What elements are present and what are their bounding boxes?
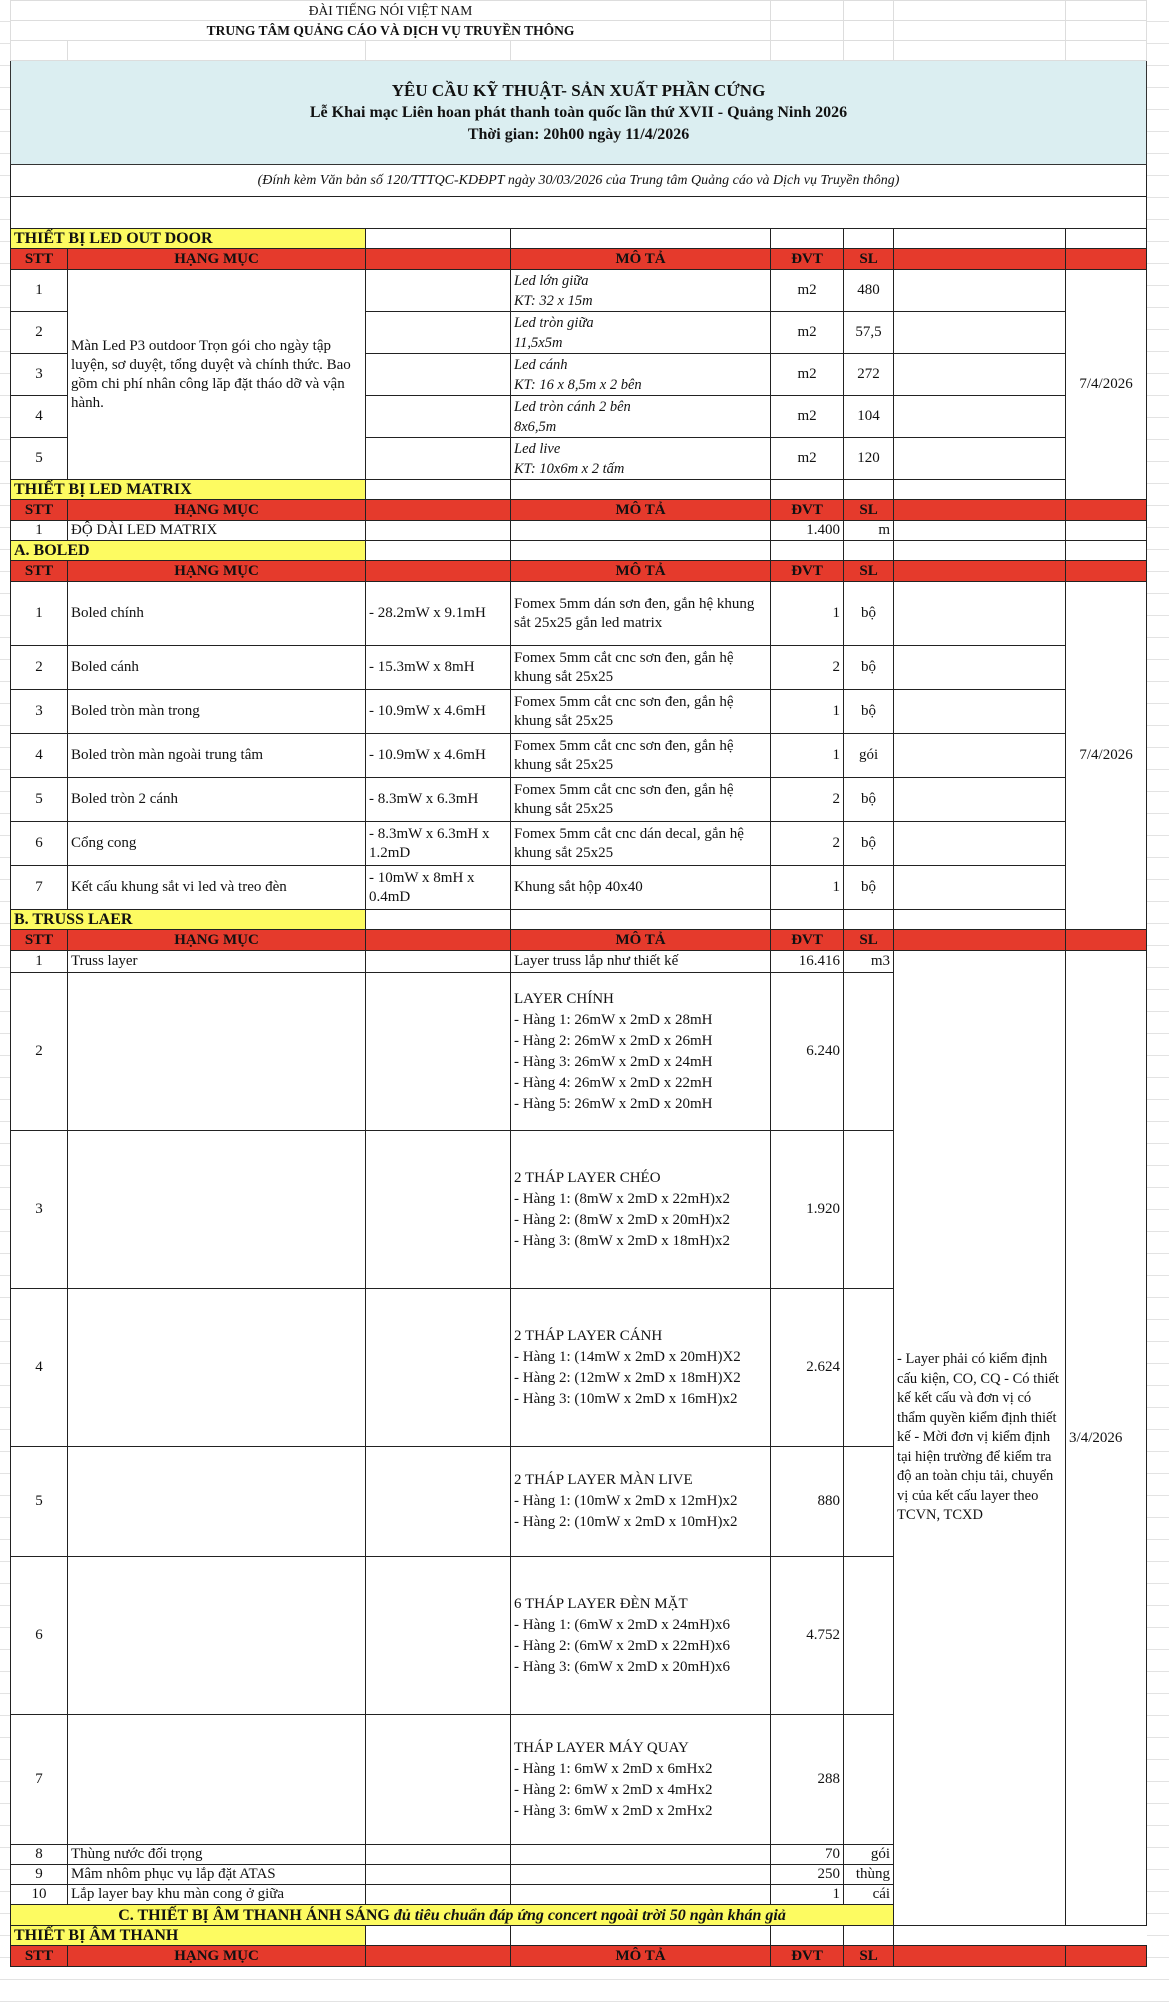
attachment-row: (Đính kèm Văn bản số 120/TTTQC-KDĐPT ngà… [11,165,1147,197]
empty-cell[interactable] [366,41,511,61]
column-header-row: STTHẠNG MỤCMÔ TẢĐVTSL [11,500,1147,521]
empty-cell[interactable] [366,521,511,541]
unit-cell[interactable]: 1.920 [771,1131,844,1289]
empty-cell[interactable] [771,910,844,930]
header-qty[interactable]: SL [844,561,894,582]
unit-cell[interactable]: m2 [771,312,844,354]
desc-cell[interactable]: Layer truss lắp như thiết kế [511,951,771,973]
section-title[interactable]: THIẾT BỊ LED OUT DOOR [11,229,366,249]
header-qty[interactable]: SL [844,1946,894,1967]
qty-cell[interactable]: 480 [844,270,894,312]
section-truss: B. TRUSS LAER [11,910,1147,930]
title-block[interactable]: YÊU CẦU KỸ THUẬT- SẢN XUẤT PHẦN CỨNGLễ K… [11,61,1147,165]
empty-cell[interactable] [894,646,1066,690]
table-row: 3Boled tròn màn trong- 10.9mW x 4.6mHFom… [11,690,1147,734]
empty-cell[interactable] [894,1,1066,21]
org-row-1: ĐÀI TIẾNG NÓI VIỆT NAM [11,1,1147,21]
unit-cell[interactable]: 4.752 [771,1557,844,1715]
unit-cell[interactable]: 288 [771,1715,844,1845]
unit-cell[interactable]: 6.240 [771,973,844,1131]
item-cell[interactable]: Truss layer [68,951,366,973]
date-cell[interactable]: 7/4/2026 [1066,270,1147,500]
header-item[interactable]: HẠNG MỤC [68,561,366,582]
stt-cell[interactable]: 2 [11,973,68,1131]
desc-cell[interactable] [511,1845,771,1865]
desc-cell[interactable]: Khung sắt hộp 40x40 [511,866,771,910]
org-row-2: TRUNG TÂM QUẢNG CÁO VÀ DỊCH VỤ TRUYỀN TH… [11,21,1147,41]
desc-cell[interactable]: LAYER CHÍNH - Hàng 1: 26mW x 2mD x 28mH … [511,973,771,1131]
empty-cell[interactable] [771,229,844,249]
empty-cell[interactable] [11,197,1147,229]
table-row: 1Boled chính- 28.2mW x 9.1mHFomex 5mm dá… [11,582,1147,646]
size-cell[interactable]: - 8.3mW x 6.3mH [366,778,511,822]
empty-cell[interactable] [844,1,894,21]
empty-cell[interactable] [844,1926,894,1946]
empty-cell[interactable] [1066,541,1147,561]
unit-cell[interactable]: m2 [771,396,844,438]
item-cell[interactable]: Boled cánh [68,646,366,690]
header-stt[interactable]: STT [11,930,68,951]
stt-cell[interactable]: 8 [11,1845,68,1865]
stt-cell[interactable]: 1 [11,582,68,646]
qty-cell[interactable]: thùng [844,1865,894,1885]
empty-cell[interactable] [894,822,1066,866]
desc-cell[interactable]: Fomex 5mm cắt cnc sơn đen, gắn hệ khung … [511,690,771,734]
table-row: 7Kết cấu khung sắt vi led và treo đèn- 1… [11,866,1147,910]
stt-cell[interactable]: 7 [11,1715,68,1845]
header-blank[interactable] [1066,561,1147,582]
empty-cell[interactable] [844,480,894,500]
column-header-row: STTHẠNG MỤCMÔ TẢĐVTSL [11,561,1147,582]
spacer-row [11,41,1147,61]
stt-cell[interactable]: 5 [11,778,68,822]
event-title: Lễ Khai mạc Liên hoan phát thanh toàn qu… [14,102,1143,124]
empty-cell[interactable] [894,396,1066,438]
desc-cell[interactable]: Fomex 5mm cắt cnc sơn đen, gắn hệ khung … [511,778,771,822]
empty-cell[interactable] [366,270,511,312]
qty-cell[interactable]: bộ [844,646,894,690]
stt-cell[interactable]: 1 [11,270,68,312]
stt-cell[interactable]: 3 [11,690,68,734]
empty-cell[interactable] [366,1926,511,1946]
unit-cell[interactable]: 250 [771,1865,844,1885]
empty-cell[interactable] [511,41,771,61]
event-time: Thời gian: 20h00 ngày 11/4/2026 [14,124,1143,146]
section-led-matrix: THIẾT BỊ LED MATRIX [11,480,1147,500]
unit-cell[interactable]: 2 [771,778,844,822]
header-blank[interactable] [894,249,1066,270]
empty-cell[interactable] [366,910,511,930]
empty-cell[interactable] [366,1289,511,1447]
header-blank[interactable] [366,1946,511,1967]
column-header-row: STTHẠNG MỤCMÔ TẢĐVTSL [11,930,1147,951]
empty-cell[interactable] [511,229,771,249]
empty-cell[interactable] [771,1926,844,1946]
empty-cell[interactable] [894,41,1066,61]
header-unit[interactable]: ĐVT [771,561,844,582]
item-cell[interactable] [68,1131,366,1289]
stt-cell[interactable]: 5 [11,438,68,480]
unit-cell[interactable]: 2.624 [771,1289,844,1447]
table-row: 1Truss layerLayer truss lắp như thiết kế… [11,951,1147,973]
section-title[interactable]: C. THIẾT BỊ ÂM THANH ÁNH SÁNG đủ tiêu ch… [11,1905,894,1926]
empty-cell[interactable] [844,229,894,249]
table-row: 1ĐỘ DÀI LED MATRIX1.400m [11,521,1147,541]
item-cell[interactable] [68,1447,366,1557]
item-cell[interactable]: Màn Led P3 outdoor Trọn gói cho ngày tập… [68,270,366,480]
qty-cell[interactable]: gói [844,1845,894,1865]
unit-cell[interactable]: 16.416 [771,951,844,973]
desc-cell[interactable]: THÁP LAYER MÁY QUAY - Hàng 1: 6mW x 2mD … [511,1715,771,1845]
empty-cell[interactable] [366,541,511,561]
requirements-note[interactable]: - Layer phải có kiểm định cấu kiện, CO, … [894,951,1066,1926]
desc-cell[interactable]: 2 THÁP LAYER CHÉO - Hàng 1: (8mW x 2mD x… [511,1131,771,1289]
empty-cell[interactable] [894,312,1066,354]
spacer-row [11,197,1147,229]
qty-cell[interactable]: bộ [844,866,894,910]
date-cell[interactable]: 3/4/2026 [1066,951,1147,1926]
empty-cell[interactable] [894,582,1066,646]
item-cell[interactable]: Cổng cong [68,822,366,866]
table-row: 6Cổng cong- 8.3mW x 6.3mH x 1.2mDFomex 5… [11,822,1147,866]
empty-cell[interactable] [894,541,1066,561]
empty-cell[interactable] [894,778,1066,822]
stt-cell[interactable]: 7 [11,866,68,910]
empty-cell[interactable] [894,866,1066,910]
qty-cell[interactable]: cái [844,1885,894,1905]
item-cell[interactable]: Thùng nước đối trọng [68,1845,366,1865]
header-blank[interactable] [1066,1946,1147,1967]
header-unit[interactable]: ĐVT [771,500,844,521]
header-blank[interactable] [366,249,511,270]
desc-cell[interactable]: 2 THÁP LAYER CÁNH - Hàng 1: (14mW x 2mD … [511,1289,771,1447]
unit-cell[interactable]: 2 [771,646,844,690]
date-cell[interactable]: 7/4/2026 [1066,582,1147,930]
header-stt[interactable]: STT [11,500,68,521]
header-stt[interactable]: STT [11,1946,68,1967]
header-item[interactable]: HẠNG MỤC [68,500,366,521]
empty-cell[interactable] [844,41,894,61]
unit-cell[interactable]: 1 [771,734,844,778]
desc-cell[interactable]: Led live KT: 10x6m x 2 tấm [511,438,771,480]
qty-cell[interactable] [844,1131,894,1289]
empty-cell[interactable] [771,1,844,21]
header-desc[interactable]: MÔ TẢ [511,930,771,951]
desc-cell[interactable]: 6 THÁP LAYER ĐÈN MẶT - Hàng 1: (6mW x 2m… [511,1557,771,1715]
header-item[interactable]: HẠNG MỤC [68,930,366,951]
section-title[interactable]: B. TRUSS LAER [11,910,366,930]
unit-cell[interactable]: 1 [771,582,844,646]
section-title[interactable]: A. BOLED [11,541,366,561]
section-title[interactable]: THIẾT BỊ ÂM THANH [11,1926,366,1946]
empty-cell[interactable] [894,21,1066,41]
attachment-note[interactable]: (Đính kèm Văn bản số 120/TTTQC-KDĐPT ngà… [11,165,1147,197]
empty-cell[interactable] [771,480,844,500]
stt-cell[interactable]: 6 [11,1557,68,1715]
requirements-table: ĐÀI TIẾNG NÓI VIỆT NAMTRUNG TÂM QUẢNG CÁ… [10,0,1147,1967]
stt-cell[interactable]: 3 [11,354,68,396]
empty-cell[interactable] [366,1885,511,1905]
unit-cell[interactable]: m2 [771,354,844,396]
unit-cell[interactable]: 1 [771,866,844,910]
header-blank[interactable] [1066,500,1147,521]
empty-cell[interactable] [771,41,844,61]
desc-cell[interactable] [511,1885,771,1905]
qty-cell[interactable]: 120 [844,438,894,480]
header-stt[interactable]: STT [11,249,68,270]
table-row: 1Màn Led P3 outdoor Trọn gói cho ngày tậ… [11,270,1147,312]
header-blank[interactable] [1066,249,1147,270]
empty-cell[interactable] [366,229,511,249]
stt-cell[interactable]: 4 [11,396,68,438]
qty-cell[interactable]: m3 [844,951,894,973]
qty-cell[interactable]: m [844,521,894,541]
empty-cell[interactable] [1066,21,1147,41]
empty-cell[interactable] [844,910,894,930]
item-cell[interactable]: Lắp layer bay khu màn cong ở giữa [68,1885,366,1905]
size-cell[interactable]: - 28.2mW x 9.1mH [366,582,511,646]
header-desc[interactable]: MÔ TẢ [511,561,771,582]
doc-title: YÊU CẦU KỸ THUẬT- SẢN XUẤT PHẦN CỨNG [14,80,1143,102]
header-item[interactable]: HẠNG MỤC [68,249,366,270]
empty-cell[interactable] [511,480,771,500]
empty-cell[interactable] [844,21,894,41]
empty-cell[interactable] [68,41,366,61]
empty-cell[interactable] [366,354,511,396]
stt-cell[interactable]: 2 [11,646,68,690]
qty-cell[interactable]: bộ [844,582,894,646]
empty-cell[interactable] [11,41,68,61]
empty-cell[interactable] [1066,1,1147,21]
unit-cell[interactable]: 1 [771,690,844,734]
stt-cell[interactable]: 4 [11,734,68,778]
header-qty[interactable]: SL [844,500,894,521]
empty-cell[interactable] [366,1865,511,1885]
item-cell[interactable] [68,1715,366,1845]
item-cell[interactable]: ĐỘ DÀI LED MATRIX [68,521,366,541]
desc-cell[interactable]: 2 THÁP LAYER MÀN LIVE - Hàng 1: (10mW x … [511,1447,771,1557]
size-cell[interactable]: - 15.3mW x 8mH [366,646,511,690]
header-blank[interactable] [366,561,511,582]
header-blank[interactable] [894,930,1066,951]
size-cell[interactable]: - 8.3mW x 6.3mH x 1.2mD [366,822,511,866]
size-cell[interactable]: - 10mW x 8mH x 0.4mD [366,866,511,910]
section-av-subtitle: đủ tiêu chuẩn đáp ứng concert ngoài trời… [390,1907,786,1924]
empty-cell[interactable] [894,480,1066,500]
empty-cell[interactable] [894,270,1066,312]
title-row: YÊU CẦU KỸ THUẬT- SẢN XUẤT PHẦN CỨNGLễ K… [11,61,1147,165]
empty-cell[interactable] [894,521,1066,541]
desc-cell[interactable]: Fomex 5mm cắt cnc sơn đen, gắn hệ khung … [511,734,771,778]
item-cell[interactable]: Boled tròn màn ngoài trung tâm [68,734,366,778]
qty-cell[interactable] [844,1715,894,1845]
header-blank[interactable] [366,930,511,951]
qty-cell[interactable] [844,1557,894,1715]
empty-cell[interactable] [894,229,1066,249]
empty-cell[interactable] [771,21,844,41]
section-sound: THIẾT BỊ ÂM THANH [11,1926,1147,1946]
column-header-row: STTHẠNG MỤCMÔ TẢĐVTSL [11,249,1147,270]
desc-cell[interactable]: Led tròn cánh 2 bên 8x6,5m [511,396,771,438]
empty-cell[interactable] [366,396,511,438]
qty-cell[interactable]: 104 [844,396,894,438]
header-desc[interactable]: MÔ TẢ [511,500,771,521]
unit-cell[interactable]: 2 [771,822,844,866]
header-item[interactable]: HẠNG MỤC [68,1946,366,1967]
section-led-outdoor: THIẾT BỊ LED OUT DOOR [11,229,1147,249]
item-cell[interactable]: Boled chính [68,582,366,646]
header-blank[interactable] [894,500,1066,521]
qty-cell[interactable]: 272 [844,354,894,396]
empty-cell[interactable] [894,734,1066,778]
header-unit[interactable]: ĐVT [771,1946,844,1967]
empty-cell[interactable] [894,354,1066,396]
unit-cell[interactable]: 1.400 [771,521,844,541]
unit-cell[interactable]: 1 [771,1885,844,1905]
item-cell[interactable]: Kết cấu khung sắt vi led và treo đèn [68,866,366,910]
header-desc[interactable]: MÔ TẢ [511,1946,771,1967]
column-header-row: STTHẠNG MỤCMÔ TẢĐVTSL [11,1946,1147,1967]
unit-cell[interactable]: 880 [771,1447,844,1557]
section-title[interactable]: THIẾT BỊ LED MATRIX [11,480,366,500]
empty-cell[interactable] [511,541,771,561]
empty-cell[interactable] [894,438,1066,480]
item-cell[interactable]: Boled tròn màn trong [68,690,366,734]
org-subname[interactable]: TRUNG TÂM QUẢNG CÁO VÀ DỊCH VỤ TRUYỀN TH… [11,21,771,41]
empty-cell[interactable] [771,541,844,561]
empty-cell[interactable] [844,541,894,561]
desc-cell[interactable]: Fomex 5mm cắt cnc sơn đen, gắn hệ khung … [511,646,771,690]
item-cell[interactable] [68,1289,366,1447]
empty-cell[interactable] [894,910,1066,930]
unit-cell[interactable]: 70 [771,1845,844,1865]
stt-cell[interactable]: 4 [11,1289,68,1447]
header-qty[interactable]: SL [844,249,894,270]
empty-cell[interactable] [366,1447,511,1557]
unit-cell[interactable]: m2 [771,438,844,480]
qty-cell[interactable] [844,1447,894,1557]
qty-cell[interactable]: 57,5 [844,312,894,354]
qty-cell[interactable]: bộ [844,778,894,822]
stt-cell[interactable]: 1 [11,521,68,541]
stt-cell[interactable]: 3 [11,1131,68,1289]
header-unit[interactable]: ĐVT [771,930,844,951]
table-row: 5Boled tròn 2 cánh- 8.3mW x 6.3mHFomex 5… [11,778,1147,822]
size-cell[interactable]: - 10.9mW x 4.6mH [366,690,511,734]
empty-cell[interactable] [366,312,511,354]
empty-cell[interactable] [1066,521,1147,541]
section-boled: A. BOLED [11,541,1147,561]
empty-cell[interactable] [1066,229,1147,249]
desc-cell[interactable]: Led tròn giữa 11,5x5m [511,312,771,354]
qty-cell[interactable]: bộ [844,822,894,866]
desc-cell[interactable] [511,1865,771,1885]
item-cell[interactable]: Mâm nhôm phục vụ lắp đặt ATAS [68,1865,366,1885]
desc-cell[interactable]: Led cánh KT: 16 x 8,5m x 2 bên [511,354,771,396]
empty-cell[interactable] [366,1845,511,1865]
org-name[interactable]: ĐÀI TIẾNG NÓI VIỆT NAM [11,1,771,21]
section-av-title: C. THIẾT BỊ ÂM THANH ÁNH SÁNG [118,1907,390,1924]
desc-cell[interactable]: Fomex 5mm cắt cnc dán decal, gắn hệ khun… [511,822,771,866]
empty-cell[interactable] [894,690,1066,734]
stt-cell[interactable]: 1 [11,951,68,973]
empty-cell[interactable] [366,951,511,973]
empty-cell[interactable] [366,1557,511,1715]
header-blank[interactable] [894,1946,1066,1967]
stt-cell[interactable]: 9 [11,1865,68,1885]
empty-cell[interactable] [1066,41,1147,61]
desc-cell[interactable]: Led lớn giữa KT: 32 x 15m [511,270,771,312]
spreadsheet: ĐÀI TIẾNG NÓI VIỆT NAMTRUNG TÂM QUẢNG CÁ… [10,0,1146,1967]
unit-cell[interactable]: m2 [771,270,844,312]
header-qty[interactable]: SL [844,930,894,951]
header-desc[interactable]: MÔ TẢ [511,249,771,270]
empty-cell[interactable] [511,521,771,541]
header-blank[interactable] [894,561,1066,582]
desc-cell[interactable]: Fomex 5mm dán sơn đen, gắn hệ khung sắt … [511,582,771,646]
header-unit[interactable]: ĐVT [771,249,844,270]
size-cell[interactable]: - 10.9mW x 4.6mH [366,734,511,778]
empty-cell[interactable] [366,480,511,500]
empty-cell[interactable] [366,973,511,1131]
item-cell[interactable] [68,1557,366,1715]
qty-cell[interactable]: gói [844,734,894,778]
table-row: 4Boled tròn màn ngoài trung tâm- 10.9mW … [11,734,1147,778]
stt-cell[interactable]: 6 [11,822,68,866]
table-row: 2Boled cánh- 15.3mW x 8mHFomex 5mm cắt c… [11,646,1147,690]
empty-cell[interactable] [366,438,511,480]
header-blank[interactable] [1066,930,1147,951]
item-cell[interactable] [68,973,366,1131]
stt-cell[interactable]: 5 [11,1447,68,1557]
empty-cell[interactable] [511,910,771,930]
empty-cell[interactable] [511,1926,771,1946]
qty-cell[interactable] [844,973,894,1131]
header-stt[interactable]: STT [11,561,68,582]
stt-cell[interactable]: 2 [11,312,68,354]
header-blank[interactable] [366,500,511,521]
item-cell[interactable]: Boled tròn 2 cánh [68,778,366,822]
stt-cell[interactable]: 10 [11,1885,68,1905]
qty-cell[interactable]: bộ [844,690,894,734]
empty-cell[interactable] [366,1131,511,1289]
empty-cell[interactable] [366,1715,511,1845]
qty-cell[interactable] [844,1289,894,1447]
